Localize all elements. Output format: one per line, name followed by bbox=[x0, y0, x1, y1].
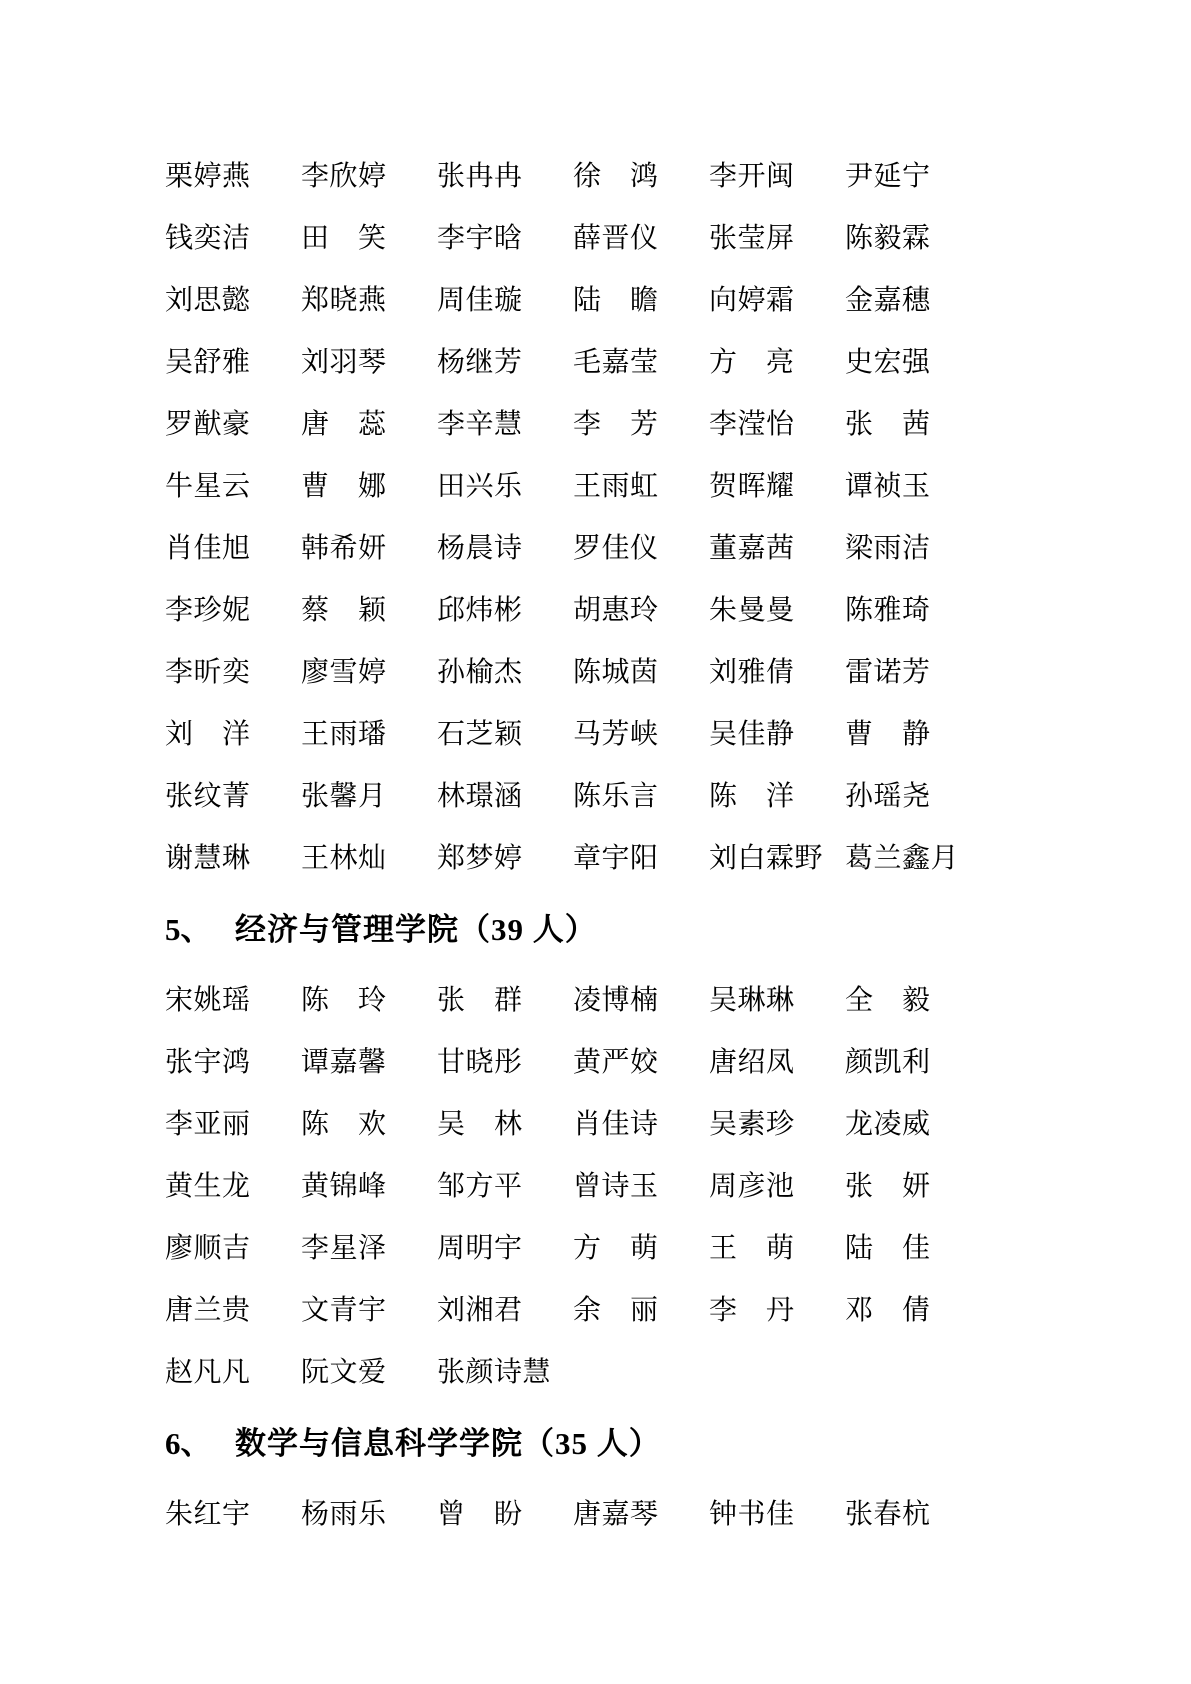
student-name: 张 群 bbox=[437, 987, 573, 1015]
student-name: 赵凡凡 bbox=[165, 1359, 301, 1387]
student-name: 徐 鸿 bbox=[573, 163, 709, 191]
student-name: 唐 蕊 bbox=[301, 411, 437, 439]
student-name: 陈城茵 bbox=[573, 659, 709, 687]
student-name: 牛星云 bbox=[165, 473, 301, 501]
name-row: 罗猷豪唐 蕊李辛慧李 芳李滢怡张 茜 bbox=[165, 394, 1191, 456]
student-name: 方 亮 bbox=[709, 349, 845, 377]
student-name: 韩希妍 bbox=[301, 535, 437, 563]
student-name: 谭嘉馨 bbox=[301, 1049, 437, 1077]
student-name: 曹 静 bbox=[845, 721, 981, 749]
student-name: 雷诺芳 bbox=[845, 659, 981, 687]
student-name: 张冉冉 bbox=[437, 163, 573, 191]
student-name: 方 萌 bbox=[573, 1235, 709, 1263]
student-name: 陈 洋 bbox=[709, 783, 845, 811]
student-name: 郑晓燕 bbox=[301, 287, 437, 315]
student-name: 李滢怡 bbox=[709, 411, 845, 439]
student-name: 朱红宇 bbox=[165, 1501, 301, 1529]
student-name: 李 丹 bbox=[709, 1297, 845, 1325]
student-name: 张纹菁 bbox=[165, 783, 301, 811]
student-name: 唐兰贵 bbox=[165, 1297, 301, 1325]
student-name: 周明宇 bbox=[437, 1235, 573, 1263]
student-name: 吴佳静 bbox=[709, 721, 845, 749]
student-name: 杨雨乐 bbox=[301, 1501, 437, 1529]
student-name: 石芝颖 bbox=[437, 721, 573, 749]
student-name: 吴琳琳 bbox=[709, 987, 845, 1015]
name-row: 李珍妮蔡 颖邱炜彬胡惠玲朱曼曼陈雅琦 bbox=[165, 580, 1191, 642]
student-name: 余 丽 bbox=[573, 1297, 709, 1325]
student-name: 刘湘君 bbox=[437, 1297, 573, 1325]
name-row: 张宇鸿谭嘉馨甘晓彤黄严姣唐绍凤颜凯利 bbox=[165, 1032, 1191, 1094]
student-name: 文青宇 bbox=[301, 1297, 437, 1325]
student-name: 胡惠玲 bbox=[573, 597, 709, 625]
student-name: 朱曼曼 bbox=[709, 597, 845, 625]
document-page: 栗婷燕李欣婷张冉冉徐 鸿李开闽尹延宁钱奕洁田 笑李宇晗薛晋仪张莹屏陈毅霖刘思懿郑… bbox=[0, 0, 1191, 1684]
student-name: 李欣婷 bbox=[301, 163, 437, 191]
name-row: 谢慧琳王林灿郑梦婷章宇阳刘白霖野葛兰鑫月 bbox=[165, 828, 1191, 890]
student-name: 林璟涵 bbox=[437, 783, 573, 811]
student-name: 张颜诗慧 bbox=[437, 1359, 573, 1387]
student-name: 马芳峡 bbox=[573, 721, 709, 749]
section-number: 6、 bbox=[165, 1428, 235, 1459]
student-name: 黄锦峰 bbox=[301, 1173, 437, 1201]
section-number: 5、 bbox=[165, 914, 235, 945]
student-name: 黄生龙 bbox=[165, 1173, 301, 1201]
student-name: 王雨璠 bbox=[301, 721, 437, 749]
student-name: 李珍妮 bbox=[165, 597, 301, 625]
name-row: 唐兰贵文青宇刘湘君余 丽李 丹邓 倩 bbox=[165, 1280, 1191, 1342]
student-name: 阮文爱 bbox=[301, 1359, 437, 1387]
student-name: 罗佳仪 bbox=[573, 535, 709, 563]
student-name: 杨继芳 bbox=[437, 349, 573, 377]
name-row: 赵凡凡阮文爱张颜诗慧 bbox=[165, 1342, 1191, 1404]
student-name: 毛嘉莹 bbox=[573, 349, 709, 377]
section-heading: 6、数学与信息科学学院（35 人） bbox=[165, 1412, 1191, 1474]
name-row: 朱红宇杨雨乐曾 盼唐嘉琴钟书佳张春杭 bbox=[165, 1484, 1191, 1546]
student-name: 杨晨诗 bbox=[437, 535, 573, 563]
student-name: 肖佳旭 bbox=[165, 535, 301, 563]
student-name: 张莹屏 bbox=[709, 225, 845, 253]
student-name: 章宇阳 bbox=[573, 845, 709, 873]
student-name: 陈乐言 bbox=[573, 783, 709, 811]
student-name: 向婷霜 bbox=[709, 287, 845, 315]
student-name: 刘 洋 bbox=[165, 721, 301, 749]
name-row: 肖佳旭韩希妍杨晨诗罗佳仪董嘉茜梁雨洁 bbox=[165, 518, 1191, 580]
name-row: 廖顺吉李星泽周明宇方 萌王 萌陆 佳 bbox=[165, 1218, 1191, 1280]
student-name: 肖佳诗 bbox=[573, 1111, 709, 1139]
name-row: 吴舒雅刘羽琴杨继芳毛嘉莹方 亮史宏强 bbox=[165, 332, 1191, 394]
student-name: 钱奕洁 bbox=[165, 225, 301, 253]
student-name: 葛兰鑫月 bbox=[845, 845, 981, 873]
student-name: 孙榆杰 bbox=[437, 659, 573, 687]
student-name: 刘白霖野 bbox=[709, 845, 845, 873]
student-name: 陆 佳 bbox=[845, 1235, 981, 1263]
name-row: 宋姚瑶陈 玲张 群凌博楠吴琳琳全 毅 bbox=[165, 970, 1191, 1032]
student-name: 陈毅霖 bbox=[845, 225, 981, 253]
student-name: 王雨虹 bbox=[573, 473, 709, 501]
student-name: 龙凌威 bbox=[845, 1111, 981, 1139]
student-name: 黄严姣 bbox=[573, 1049, 709, 1077]
student-name: 陈雅琦 bbox=[845, 597, 981, 625]
student-name: 李昕奕 bbox=[165, 659, 301, 687]
student-name: 全 毅 bbox=[845, 987, 981, 1015]
student-name: 周佳璇 bbox=[437, 287, 573, 315]
student-name: 吴舒雅 bbox=[165, 349, 301, 377]
name-row: 牛星云曹 娜田兴乐王雨虹贺晖耀谭祯玉 bbox=[165, 456, 1191, 518]
student-name: 曾 盼 bbox=[437, 1501, 573, 1529]
student-name: 廖雪婷 bbox=[301, 659, 437, 687]
student-name: 陈 欢 bbox=[301, 1111, 437, 1139]
student-name: 周彦池 bbox=[709, 1173, 845, 1201]
student-name: 薛晋仪 bbox=[573, 225, 709, 253]
name-row: 张纹菁张馨月林璟涵陈乐言陈 洋孙瑶尧 bbox=[165, 766, 1191, 828]
student-name: 田兴乐 bbox=[437, 473, 573, 501]
name-row: 刘 洋王雨璠石芝颖马芳峡吴佳静曹 静 bbox=[165, 704, 1191, 766]
name-row: 黄生龙黄锦峰邹方平曾诗玉周彦池张 妍 bbox=[165, 1156, 1191, 1218]
student-name: 罗猷豪 bbox=[165, 411, 301, 439]
student-name: 尹延宁 bbox=[845, 163, 981, 191]
student-name: 李辛慧 bbox=[437, 411, 573, 439]
student-name: 钟书佳 bbox=[709, 1501, 845, 1529]
student-name: 宋姚瑶 bbox=[165, 987, 301, 1015]
student-name: 吴素珍 bbox=[709, 1111, 845, 1139]
name-row: 李昕奕廖雪婷孙榆杰陈城茵刘雅倩雷诺芳 bbox=[165, 642, 1191, 704]
name-row: 刘思懿郑晓燕周佳璇陆 瞻向婷霜金嘉穗 bbox=[165, 270, 1191, 332]
student-name: 邓 倩 bbox=[845, 1297, 981, 1325]
student-name: 唐嘉琴 bbox=[573, 1501, 709, 1529]
student-name: 凌博楠 bbox=[573, 987, 709, 1015]
student-name: 曾诗玉 bbox=[573, 1173, 709, 1201]
student-name: 李亚丽 bbox=[165, 1111, 301, 1139]
section-title: 经济与管理学院（39 人） bbox=[235, 914, 597, 945]
student-name: 甘晓彤 bbox=[437, 1049, 573, 1077]
student-name: 张春杭 bbox=[845, 1501, 981, 1529]
student-name: 董嘉茜 bbox=[709, 535, 845, 563]
student-name: 田 笑 bbox=[301, 225, 437, 253]
student-name: 邱炜彬 bbox=[437, 597, 573, 625]
student-name: 张馨月 bbox=[301, 783, 437, 811]
student-name: 张宇鸿 bbox=[165, 1049, 301, 1077]
student-name: 栗婷燕 bbox=[165, 163, 301, 191]
student-name: 郑梦婷 bbox=[437, 845, 573, 873]
student-name: 金嘉穗 bbox=[845, 287, 981, 315]
student-name: 史宏强 bbox=[845, 349, 981, 377]
student-name-list: 栗婷燕李欣婷张冉冉徐 鸿李开闽尹延宁钱奕洁田 笑李宇晗薛晋仪张莹屏陈毅霖刘思懿郑… bbox=[0, 0, 1191, 1546]
section-heading: 5、经济与管理学院（39 人） bbox=[165, 898, 1191, 960]
student-name: 刘雅倩 bbox=[709, 659, 845, 687]
student-name: 李开闽 bbox=[709, 163, 845, 191]
student-name: 刘羽琴 bbox=[301, 349, 437, 377]
student-name: 邹方平 bbox=[437, 1173, 573, 1201]
student-name: 陈 玲 bbox=[301, 987, 437, 1015]
student-name: 王林灿 bbox=[301, 845, 437, 873]
student-name: 蔡 颖 bbox=[301, 597, 437, 625]
student-name: 谢慧琳 bbox=[165, 845, 301, 873]
section-title: 数学与信息科学学院（35 人） bbox=[235, 1428, 661, 1459]
student-name: 王 萌 bbox=[709, 1235, 845, 1263]
student-name: 唐绍凤 bbox=[709, 1049, 845, 1077]
student-name: 陆 瞻 bbox=[573, 287, 709, 315]
student-name: 张 茜 bbox=[845, 411, 981, 439]
student-name: 廖顺吉 bbox=[165, 1235, 301, 1263]
student-name: 梁雨洁 bbox=[845, 535, 981, 563]
student-name: 李星泽 bbox=[301, 1235, 437, 1263]
name-row: 钱奕洁田 笑李宇晗薛晋仪张莹屏陈毅霖 bbox=[165, 208, 1191, 270]
name-row: 栗婷燕李欣婷张冉冉徐 鸿李开闽尹延宁 bbox=[165, 146, 1191, 208]
student-name: 吴 林 bbox=[437, 1111, 573, 1139]
student-name: 李 芳 bbox=[573, 411, 709, 439]
student-name: 谭祯玉 bbox=[845, 473, 981, 501]
student-name: 孙瑶尧 bbox=[845, 783, 981, 811]
student-name: 李宇晗 bbox=[437, 225, 573, 253]
student-name: 贺晖耀 bbox=[709, 473, 845, 501]
student-name: 曹 娜 bbox=[301, 473, 437, 501]
name-row: 李亚丽陈 欢吴 林肖佳诗吴素珍龙凌威 bbox=[165, 1094, 1191, 1156]
student-name: 张 妍 bbox=[845, 1173, 981, 1201]
student-name: 颜凯利 bbox=[845, 1049, 981, 1077]
student-name: 刘思懿 bbox=[165, 287, 301, 315]
